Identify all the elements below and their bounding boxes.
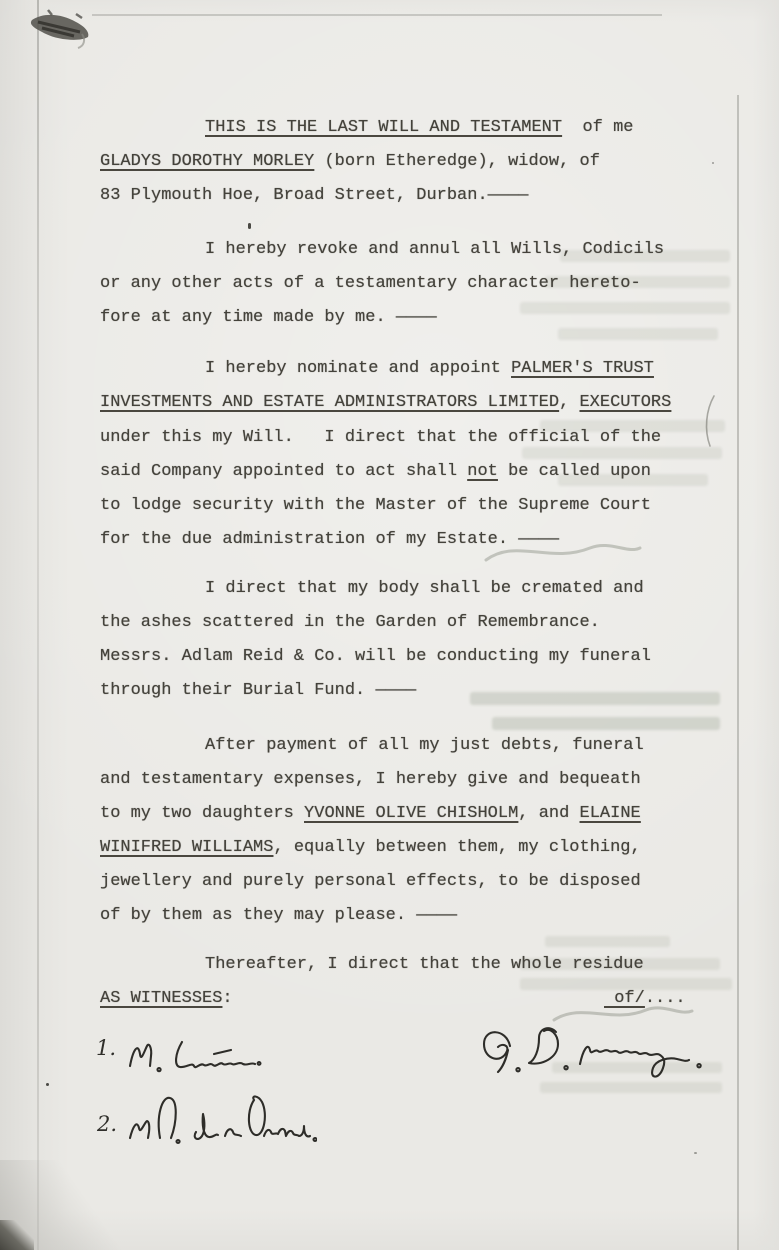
text-line: jewellery and purely personal effects, t… <box>100 871 641 893</box>
text-line: under this my Will. I direct that the of… <box>100 427 661 449</box>
text-line: for the due administration of my Estate.… <box>100 529 559 551</box>
will-page: THIS IS THE LAST WILL AND TESTAMENT of m… <box>0 0 779 1250</box>
crease-line <box>37 0 39 1250</box>
witness1-number: 1. <box>96 1036 116 1060</box>
text-line: the ashes scattered in the Garden of Rem… <box>100 612 600 634</box>
text-line: After payment of all my just debts, fune… <box>205 735 644 757</box>
ink-speck <box>694 1152 697 1154</box>
text-line: I hereby nominate and appoint PALMER'S T… <box>205 358 654 380</box>
witness2-signature <box>122 1090 317 1152</box>
text-line: or any other acts of a testamentary char… <box>100 273 641 295</box>
text-line: said Company appointed to act shall not … <box>100 461 651 483</box>
text-line: AS WITNESSES: <box>100 988 233 1010</box>
witness1-signature <box>122 1028 282 1083</box>
page-edge-top <box>92 14 662 16</box>
ink-speck <box>46 1083 49 1086</box>
bleed-through-mark <box>545 936 670 947</box>
text-line: Messrs. Adlam Reid & Co. will be conduct… <box>100 646 651 668</box>
text-line: of/.... <box>604 988 686 1010</box>
text-line: GLADYS DOROTHY MORLEY (born Etheredge), … <box>100 151 600 173</box>
text-line: I hereby revoke and annul all Wills, Cod… <box>205 239 664 261</box>
text-line: of by them as they may please. ———— <box>100 905 457 927</box>
bleed-through-mark <box>470 692 720 705</box>
text-line: and testamentary expenses, I hereby give… <box>100 769 641 791</box>
text-line: WINIFRED WILLIAMS, equally between them,… <box>100 837 641 859</box>
text-line: THIS IS THE LAST WILL AND TESTAMENT of m… <box>205 117 633 139</box>
page-edge-right <box>737 95 739 1250</box>
text-line: INVESTMENTS AND ESTATE ADMINISTRATORS LI… <box>100 392 671 414</box>
text-line: to my two daughters YVONNE OLIVE CHISHOL… <box>100 803 641 825</box>
ink-speck <box>248 223 251 229</box>
ink-speck <box>712 162 714 164</box>
text-line: Thereafter, I direct that the whole resi… <box>205 954 644 976</box>
bleed-through-mark <box>492 717 720 730</box>
text-line: to lodge security with the Master of the… <box>100 495 651 517</box>
staple-mark <box>18 4 114 56</box>
testatrix-signature <box>468 1016 718 1106</box>
text-line: 83 Plymouth Hoe, Broad Street, Durban.——… <box>100 185 528 207</box>
pen-stray-mark <box>698 392 720 450</box>
corner-fold-mark <box>0 1220 34 1250</box>
text-line: through their Burial Fund. ———— <box>100 680 416 702</box>
text-line: fore at any time made by me. ———— <box>100 307 437 329</box>
witness2-number: 2. <box>97 1112 117 1136</box>
bleed-through-mark <box>520 302 730 314</box>
bleed-through-mark <box>558 328 718 340</box>
text-line: I direct that my body shall be cremated … <box>205 578 644 600</box>
